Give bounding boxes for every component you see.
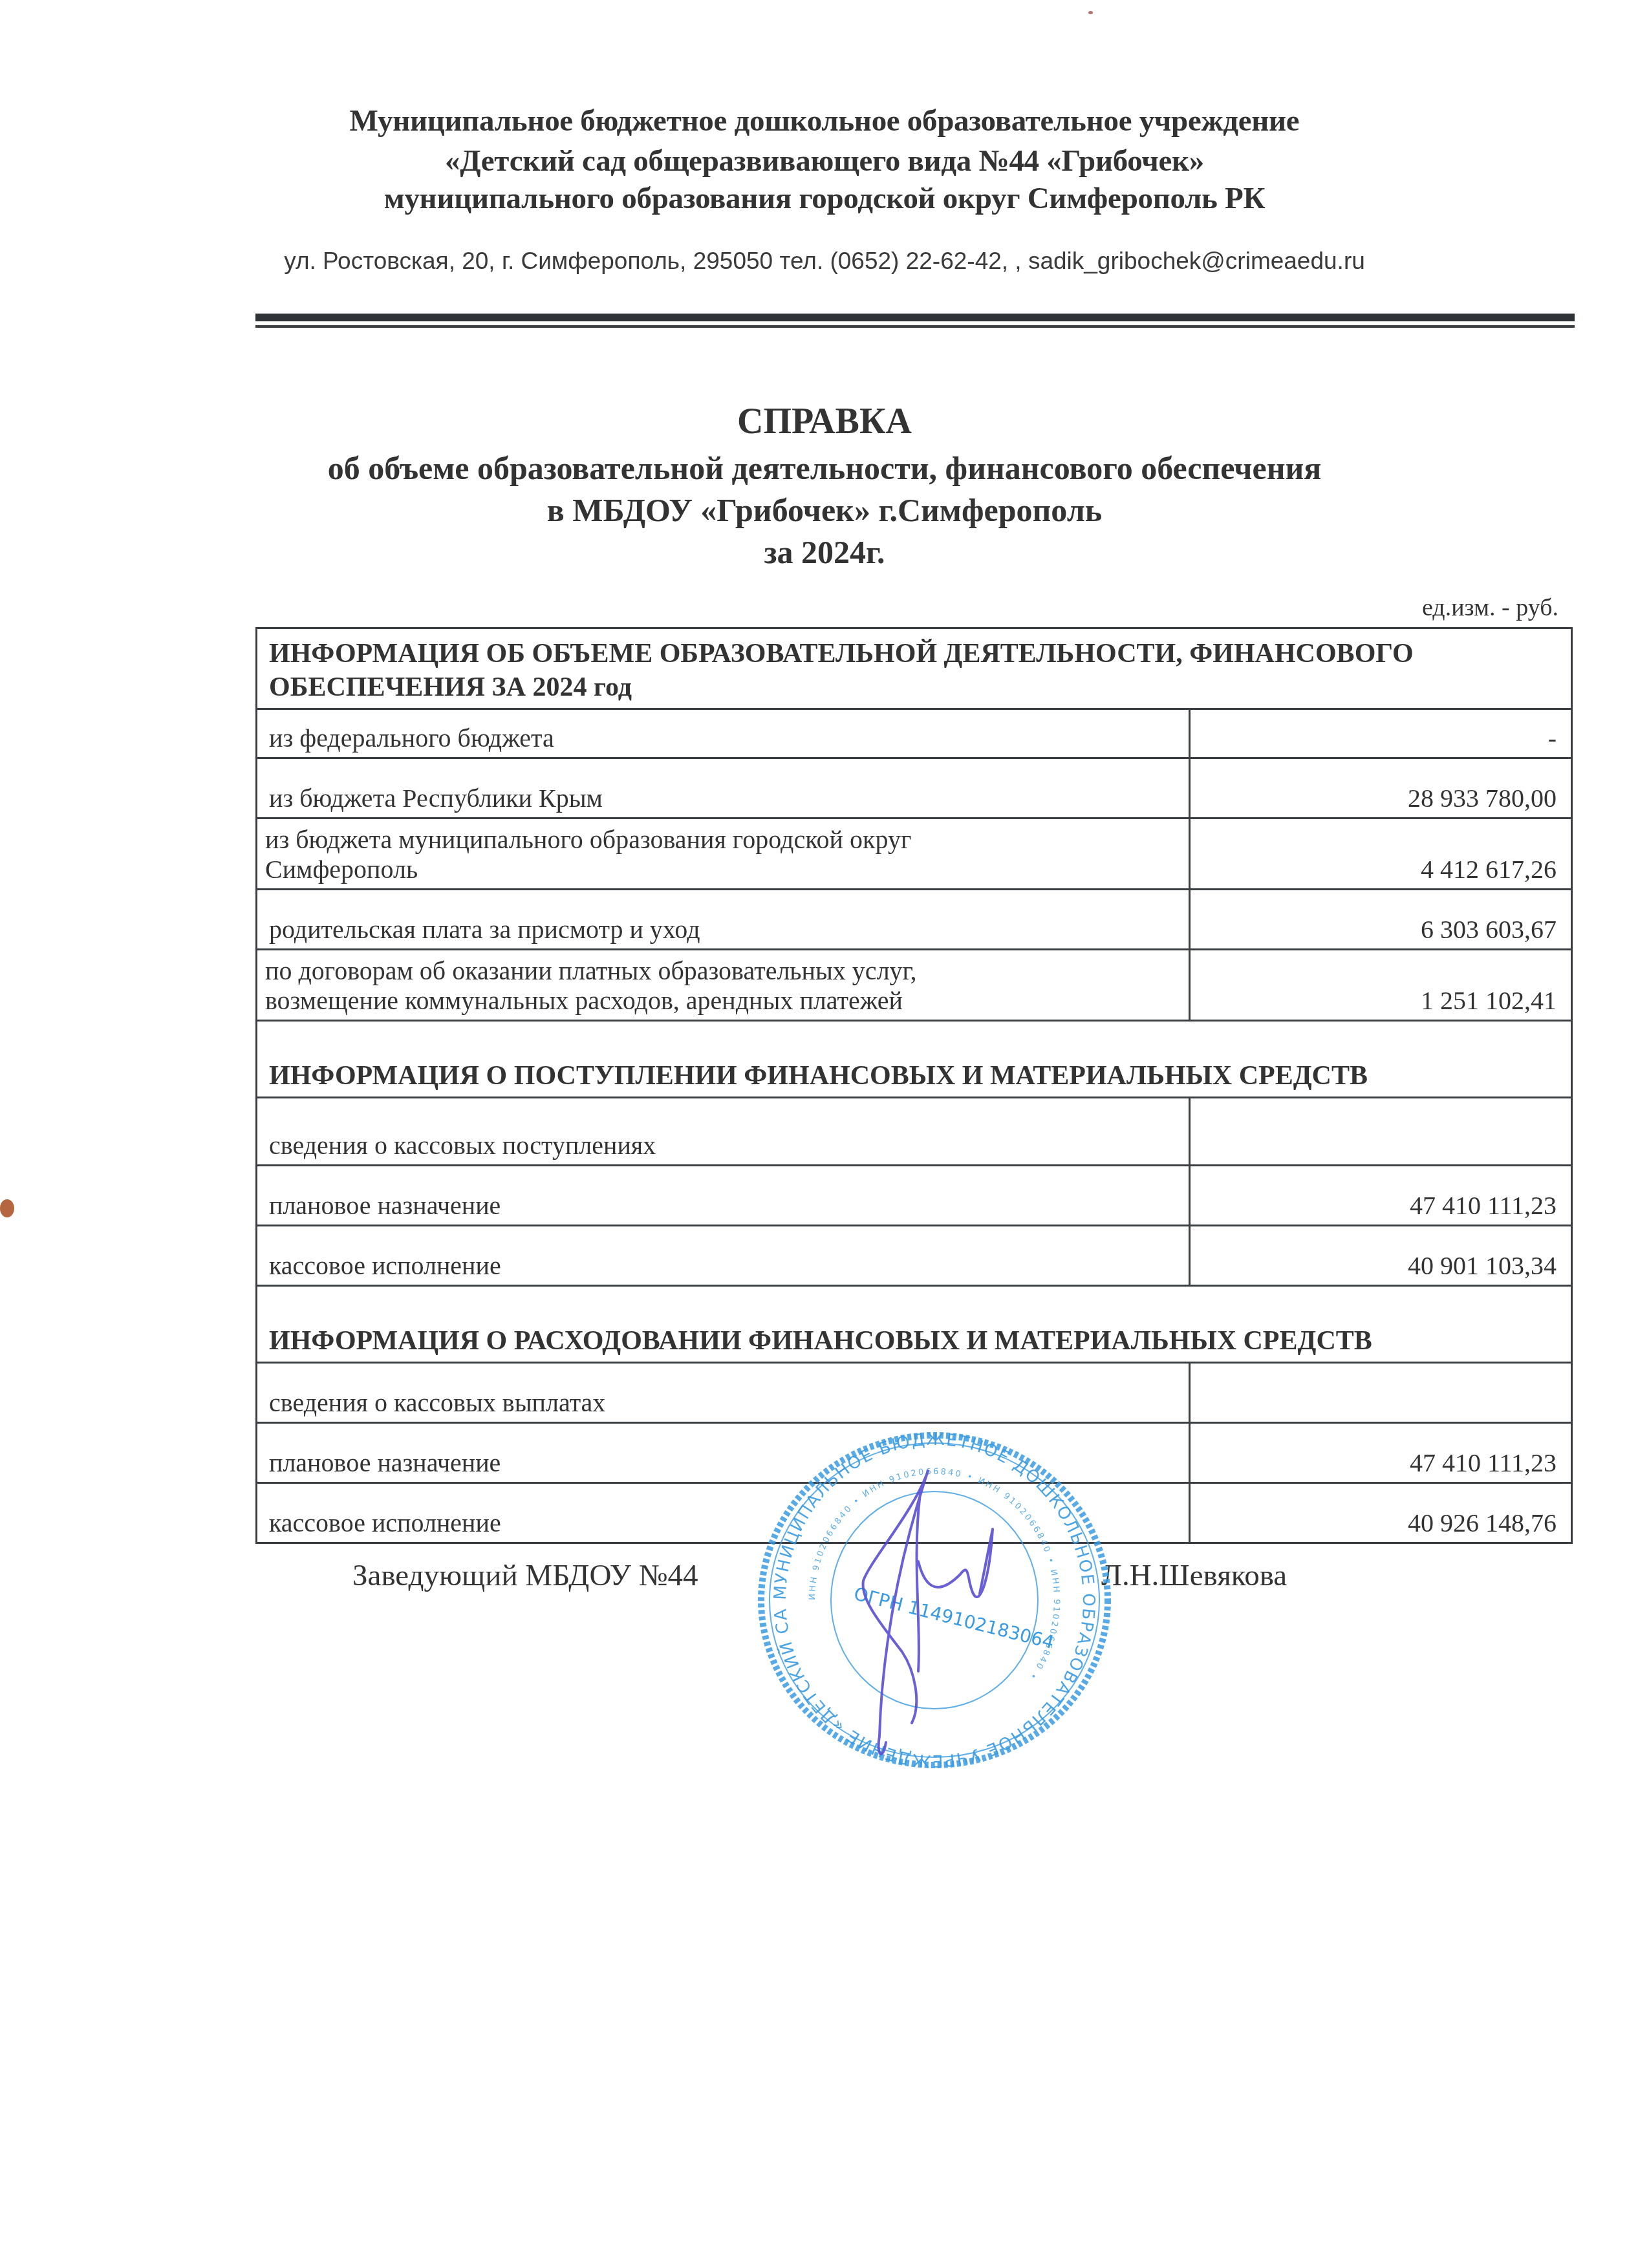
row-label: родительская плата за присмотр и уход bbox=[257, 890, 1190, 950]
scan-artifact-icon bbox=[0, 1199, 14, 1217]
section-header-row: ИНФОРМАЦИЯ ОБ ОБЪЕМЕ ОБРАЗОВАТЕЛЬНОЙ ДЕЯ… bbox=[257, 628, 1572, 709]
table-row: из федерального бюджета - bbox=[257, 709, 1572, 758]
row-label: из бюджета Республики Крым bbox=[257, 758, 1190, 818]
row-value: 6 303 603,67 bbox=[1190, 890, 1572, 950]
table-row: плановое назначение 47 410 111,23 bbox=[257, 1166, 1572, 1226]
letterhead-line-3: муниципального образования городской окр… bbox=[0, 181, 1649, 216]
document-subtitle-line-2: в МБДОУ «Грибочек» г.Симферополь bbox=[0, 491, 1649, 529]
row-value: 40 901 103,34 bbox=[1190, 1226, 1572, 1286]
stamp-center-text: ОГРН 1149102183064 bbox=[852, 1583, 1056, 1653]
section-2-header: ИНФОРМАЦИЯ О ПОСТУПЛЕНИИ ФИНАНСОВЫХ И МА… bbox=[257, 1021, 1572, 1098]
signatory-position: Заведующий МБДОУ №44 bbox=[352, 1558, 698, 1593]
row-value: 40 926 148,76 bbox=[1190, 1483, 1572, 1543]
table-row: из бюджета Республики Крым 28 933 780,00 bbox=[257, 758, 1572, 818]
table-row: по договорам об оказании платных образов… bbox=[257, 950, 1572, 1021]
section-header-row: ИНФОРМАЦИЯ О ПОСТУПЛЕНИИ ФИНАНСОВЫХ И МА… bbox=[257, 1021, 1572, 1098]
financial-info-table: ИНФОРМАЦИЯ ОБ ОБЪЕМЕ ОБРАЗОВАТЕЛЬНОЙ ДЕЯ… bbox=[255, 627, 1573, 1544]
table-row: кассовое исполнение 40 901 103,34 bbox=[257, 1226, 1572, 1286]
table-row: из бюджета муниципального образования го… bbox=[257, 818, 1572, 890]
section-3-header: ИНФОРМАЦИЯ О РАСХОДОВАНИИ ФИНАНСОВЫХ И М… bbox=[257, 1286, 1572, 1363]
table-row: сведения о кассовых выплатах bbox=[257, 1363, 1572, 1423]
row-label: из бюджета муниципального образования го… bbox=[265, 825, 1028, 884]
row-value bbox=[1190, 1098, 1572, 1166]
signatory-name: Л.Н.Шевякова bbox=[1101, 1558, 1287, 1593]
document-title: СПРАВКА bbox=[0, 401, 1649, 442]
table-row: сведения о кассовых поступлениях bbox=[257, 1098, 1572, 1166]
row-label: сведения о кассовых выплатах bbox=[257, 1363, 1190, 1423]
document-subtitle-line-1: об объеме образовательной деятельности, … bbox=[0, 449, 1649, 487]
official-stamp-icon: МУНИЦИПАЛЬНОЕ БЮДЖЕТНОЕ ДОШКОЛЬНОЕ ОБРАЗ… bbox=[753, 1432, 1115, 1768]
letterhead-line-1: Муниципальное бюджетное дошкольное образ… bbox=[0, 103, 1649, 138]
row-label: кассовое исполнение bbox=[257, 1226, 1190, 1286]
row-value: 1 251 102,41 bbox=[1190, 950, 1572, 1021]
scan-artifact-icon bbox=[1088, 11, 1093, 14]
table-row: родительская плата за присмотр и уход 6 … bbox=[257, 890, 1572, 950]
row-value: 4 412 617,26 bbox=[1190, 818, 1572, 890]
letterhead-divider-thin bbox=[255, 325, 1575, 328]
unit-of-measure: ед.изм. - руб. bbox=[1422, 594, 1558, 622]
letterhead-address: ул. Ростовская, 20, г. Симферополь, 2950… bbox=[0, 248, 1649, 275]
row-value: - bbox=[1190, 709, 1572, 758]
row-value: 47 410 111,23 bbox=[1190, 1423, 1572, 1483]
svg-text:ИНН 9102066840 • ИНН 910206684: ИНН 9102066840 • ИНН 9102066840 • ИНН 91… bbox=[808, 1467, 1061, 1682]
row-label: из федерального бюджета bbox=[257, 709, 1190, 758]
document-period: за 2024г. bbox=[0, 533, 1649, 571]
row-value: 28 933 780,00 bbox=[1190, 758, 1572, 818]
row-label: сведения о кассовых поступлениях bbox=[257, 1098, 1190, 1166]
section-1-header: ИНФОРМАЦИЯ ОБ ОБЪЕМЕ ОБРАЗОВАТЕЛЬНОЙ ДЕЯ… bbox=[257, 628, 1572, 709]
row-value: 47 410 111,23 bbox=[1190, 1166, 1572, 1226]
letterhead-divider-thick bbox=[255, 314, 1575, 321]
row-label: по договорам об оказании платных образов… bbox=[265, 956, 1041, 1016]
letterhead-line-2: «Детский сад общеразвивающего вида №44 «… bbox=[0, 144, 1649, 178]
section-header-row: ИНФОРМАЦИЯ О РАСХОДОВАНИИ ФИНАНСОВЫХ И М… bbox=[257, 1286, 1572, 1363]
row-label: плановое назначение bbox=[257, 1166, 1190, 1226]
row-value bbox=[1190, 1363, 1572, 1423]
